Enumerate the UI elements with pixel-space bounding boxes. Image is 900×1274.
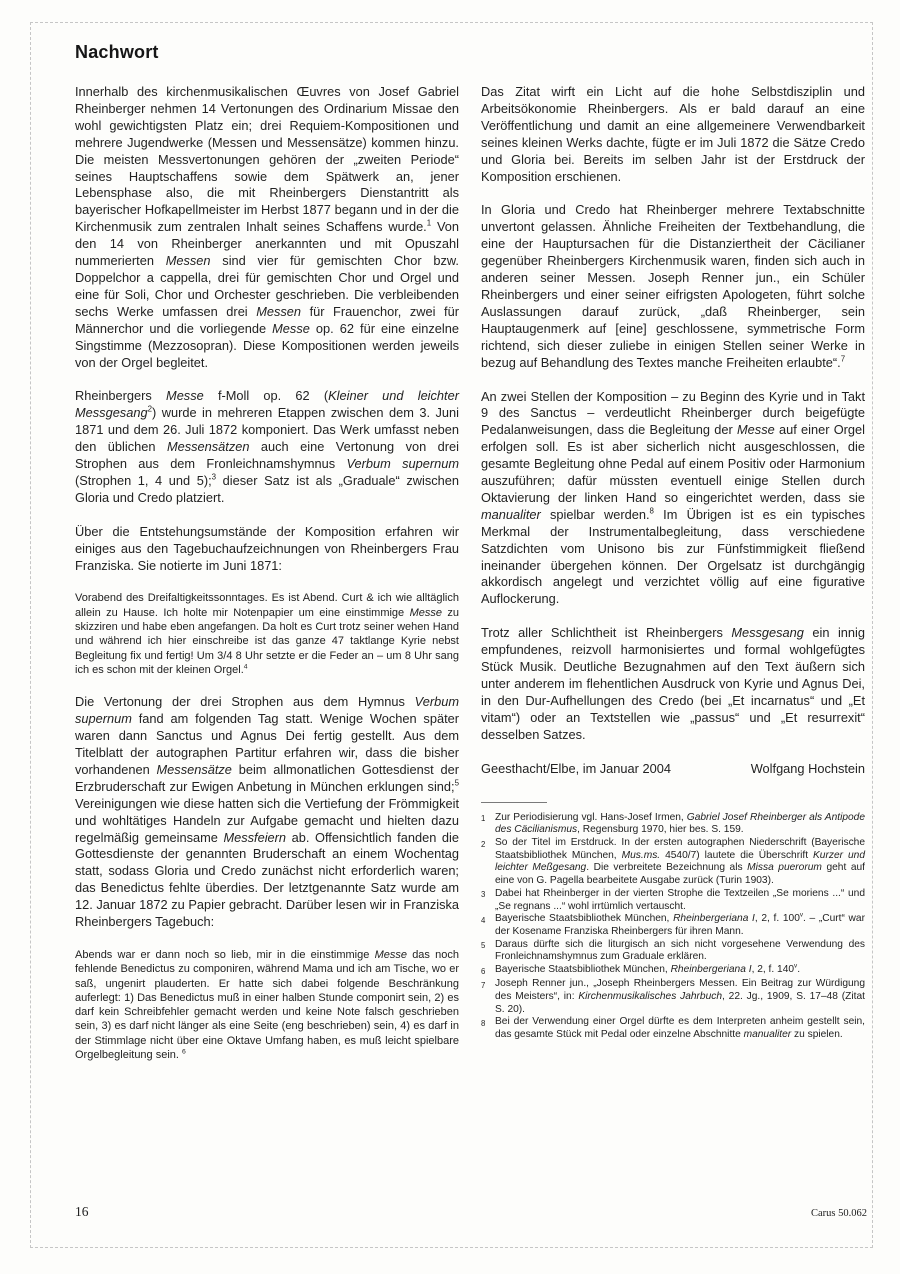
footnote: 4 Bayerische Staatsbibliothek München, R… bbox=[481, 913, 865, 938]
footnote: 5 Daraus dürfte sich die liturgisch an s… bbox=[481, 939, 865, 964]
footnote: 2 So der Titel im Erstdruck. In der erst… bbox=[481, 837, 865, 888]
footnote: 8 Bei der Verwendung einer Orgel dürfte … bbox=[481, 1016, 865, 1041]
diary-quote: Vorabend des Dreifaltigkeitssonntages. E… bbox=[75, 591, 459, 677]
page-content: Nachwort Innerhalb des kirchenmusikalisc… bbox=[75, 42, 865, 1079]
paragraph: Das Zitat wirft ein Licht auf die hohe S… bbox=[481, 84, 865, 185]
paragraph: Über die Entstehungsumstände der Komposi… bbox=[75, 524, 459, 575]
paragraph: Trotz aller Schlichtheit ist Rheinberger… bbox=[481, 625, 865, 743]
footnote: 6 Bayerische Staatsbibliothek München, R… bbox=[481, 964, 865, 978]
two-column-layout: Innerhalb des kirchenmusikalischen Œuvre… bbox=[75, 84, 865, 1079]
page-number: 16 bbox=[75, 1204, 89, 1220]
paragraph: Innerhalb des kirchenmusikalischen Œuvre… bbox=[75, 84, 459, 371]
footnote-number: 6 bbox=[481, 964, 495, 978]
signature-author: Wolfgang Hochstein bbox=[751, 761, 865, 776]
footnote-text: Bei der Verwendung einer Orgel dürfte es… bbox=[495, 1016, 865, 1041]
right-column: Das Zitat wirft ein Licht auf die hohe S… bbox=[481, 84, 865, 1079]
footnote-text: Zur Periodisierung vgl. Hans-Josef Irmen… bbox=[495, 812, 865, 837]
footnote-text: Bayerische Staatsbibliothek München, Rhe… bbox=[495, 964, 865, 978]
footnote-number: 8 bbox=[481, 1016, 495, 1041]
footnote-number: 1 bbox=[481, 812, 495, 837]
signature-place-date: Geesthacht/Elbe, im Januar 2004 bbox=[481, 761, 671, 776]
footnote-text: Joseph Renner jun., „Joseph Rheinbergers… bbox=[495, 978, 865, 1016]
page-title: Nachwort bbox=[75, 42, 865, 63]
signature-line: Geesthacht/Elbe, im Januar 2004 Wolfgang… bbox=[481, 761, 865, 776]
left-column: Innerhalb des kirchenmusikalischen Œuvre… bbox=[75, 84, 459, 1079]
catalog-number: Carus 50.062 bbox=[811, 1208, 867, 1219]
paragraph: In Gloria und Credo hat Rheinberger mehr… bbox=[481, 202, 865, 371]
paragraph: Rheinbergers Messe f-Moll op. 62 (Kleine… bbox=[75, 388, 459, 506]
footnote-separator-rule bbox=[481, 802, 547, 803]
document-page: Nachwort Innerhalb des kirchenmusikalisc… bbox=[0, 0, 900, 1274]
paragraph: An zwei Stellen der Komposition – zu Beg… bbox=[481, 389, 865, 609]
footnotes-section: 1 Zur Periodisierung vgl. Hans-Josef Irm… bbox=[481, 802, 865, 1042]
footnote: 3 Dabei hat Rheinberger in der vierten S… bbox=[481, 888, 865, 913]
footnote-number: 3 bbox=[481, 888, 495, 913]
footnote-number: 4 bbox=[481, 913, 495, 938]
footnote-number: 2 bbox=[481, 837, 495, 888]
footnote-text: Daraus dürfte sich die liturgisch an sic… bbox=[495, 939, 865, 964]
footnote-number: 7 bbox=[481, 978, 495, 1016]
footnote-number: 5 bbox=[481, 939, 495, 964]
footnote: 1 Zur Periodisierung vgl. Hans-Josef Irm… bbox=[481, 812, 865, 837]
footnote-text: Dabei hat Rheinberger in der vierten Str… bbox=[495, 888, 865, 913]
footnote: 7 Joseph Renner jun., „Joseph Rheinberge… bbox=[481, 978, 865, 1016]
diary-quote: Abends war er dann noch so lieb, mir in … bbox=[75, 948, 459, 1062]
footnote-text: So der Titel im Erstdruck. In der ersten… bbox=[495, 837, 865, 888]
footnote-text: Bayerische Staatsbibliothek München, Rhe… bbox=[495, 913, 865, 938]
paragraph: Die Vertonung der drei Strophen aus dem … bbox=[75, 694, 459, 931]
